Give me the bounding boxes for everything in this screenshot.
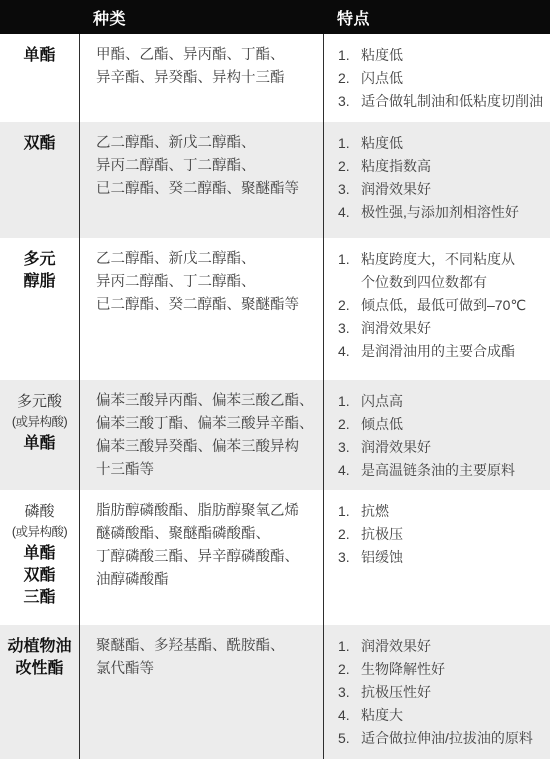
table-row: 双酯 乙二醇酯、新戊二醇酯、 异丙二醇酯、丁二醇酯、 已二醇酯、癸二醇酯、聚醚酯… — [0, 122, 550, 238]
table-row: 多元 醇脂 乙二醇酯、新戊二醇酯、 异丙二醇酯、丁二醇酯、 已二醇酯、癸二醇酯、… — [0, 238, 550, 380]
feature-text: 适合做轧制油和低粘度切削油 — [361, 90, 546, 113]
feature-item: 1.粘度低 — [338, 44, 546, 67]
types-cell: 乙二醇酯、新戊二醇酯、 异丙二醇酯、丁二醇酯、 已二醇酯、癸二醇酯、聚醚酯等 — [79, 238, 323, 380]
feature-number: 1. — [338, 44, 361, 67]
row-label-main: 多元 醇脂 — [0, 249, 79, 293]
feature-number: 4. — [338, 340, 361, 363]
features-cell: 1.抗燃 2.抗极压 3.铝缓蚀 — [323, 490, 550, 625]
row-label: 单酯 — [0, 34, 79, 122]
feature-number: 1. — [338, 635, 361, 658]
feature-number: 4. — [338, 704, 361, 727]
feature-number: 2. — [338, 413, 361, 436]
feature-number: 2. — [338, 155, 361, 178]
feature-text: 润滑效果好 — [361, 635, 546, 658]
column-header-feature: 特点 — [323, 6, 550, 29]
feature-item: 3.铝缓蚀 — [338, 546, 546, 569]
row-label-main: 单酯 双酯 三酯 — [0, 543, 79, 609]
feature-item: 4.是高温链条油的主要原料 — [338, 459, 546, 482]
row-label: 磷酸 (或异构酸) 单酯 双酯 三酯 — [0, 490, 79, 625]
feature-item: 3.润滑效果好 — [338, 436, 546, 459]
row-label-prefix: 多元酸 — [0, 391, 79, 412]
row-label-main: 单酯 — [0, 433, 79, 455]
feature-item: 5.适合做拉伸油/拉拔油的原料 — [338, 727, 546, 750]
table-row: 磷酸 (或异构酸) 单酯 双酯 三酯 脂肪醇磷酸酯、脂肪醇聚氧乙烯 醚磷酸酯、聚… — [0, 490, 550, 625]
features-cell: 1.闪点高 2.倾点低 3.润滑效果好 4.是高温链条油的主要原料 — [323, 380, 550, 490]
feature-number: 4. — [338, 459, 361, 482]
row-label-main: 双酯 — [0, 133, 79, 155]
types-cell: 聚醚酯、多羟基酯、酰胺酯、 氯代酯等 — [79, 625, 323, 759]
column-header-type: 种类 — [79, 6, 323, 29]
row-label: 多元 醇脂 — [0, 238, 79, 380]
row-label: 双酯 — [0, 122, 79, 238]
feature-item: 3.润滑效果好 — [338, 317, 546, 340]
table-row: 动植物油 改性酯 聚醚酯、多羟基酯、酰胺酯、 氯代酯等 1.润滑效果好 2.生物… — [0, 625, 550, 759]
types-cell: 脂肪醇磷酸酯、脂肪醇聚氧乙烯 醚磷酸酯、聚醚酯磷酸酯、 丁醇磷酸三酯、异辛醇磷酸… — [79, 490, 323, 625]
features-cell: 1.粘度跨度大，不同粘度从 个位数到四位数都有 2.倾点低，最低可做到–70℃ … — [323, 238, 550, 380]
feature-number: 5. — [338, 727, 361, 750]
row-label-paren: (或异构酸) — [0, 412, 79, 433]
row-label-prefix: 磷酸 — [0, 501, 79, 522]
features-cell: 1.粘度低 2.粘度指数高 3.润滑效果好 4.极性强,与添加剂相溶性好 — [323, 122, 550, 238]
feature-text: 润滑效果好 — [361, 436, 546, 459]
feature-text: 铝缓蚀 — [361, 546, 546, 569]
feature-number: 2. — [338, 523, 361, 546]
ester-types-table-page: 种类 特点 单酯 甲酯、乙酯、异丙酯、丁酯、 异辛酯、异癸酯、异构十三酯 1.粘… — [0, 0, 550, 759]
feature-text: 粘度低 — [361, 44, 546, 67]
feature-number: 1. — [338, 500, 361, 523]
feature-number: 3. — [338, 546, 361, 569]
feature-number: 2. — [338, 67, 361, 90]
feature-item: 2.生物降解性好 — [338, 658, 546, 681]
feature-item: 1.润滑效果好 — [338, 635, 546, 658]
feature-text: 粘度指数高 — [361, 155, 546, 178]
feature-text: 粘度大 — [361, 704, 546, 727]
feature-text: 润滑效果好 — [361, 178, 546, 201]
table-header-row: 种类 特点 — [0, 0, 550, 34]
feature-number: 2. — [338, 294, 361, 317]
feature-number: 1. — [338, 390, 361, 413]
feature-number: 2. — [338, 658, 361, 681]
feature-text: 粘度跨度大，不同粘度从 个位数到四位数都有 — [361, 248, 546, 294]
feature-number: 4. — [338, 201, 361, 224]
feature-number: 3. — [338, 317, 361, 340]
feature-text: 闪点低 — [361, 67, 546, 90]
feature-text: 润滑效果好 — [361, 317, 546, 340]
feature-text: 闪点高 — [361, 390, 546, 413]
features-cell: 1.润滑效果好 2.生物降解性好 3.抗极压性好 4.粘度大 5.适合做拉伸油/… — [323, 625, 550, 759]
row-label: 多元酸 (或异构酸) 单酯 — [0, 380, 79, 490]
feature-item: 2.倾点低 — [338, 413, 546, 436]
feature-number: 3. — [338, 681, 361, 704]
feature-number: 3. — [338, 178, 361, 201]
feature-number: 3. — [338, 436, 361, 459]
feature-item: 4.极性强,与添加剂相溶性好 — [338, 201, 546, 224]
feature-item: 2.抗极压 — [338, 523, 546, 546]
feature-text: 是润滑油用的主要合成酯 — [361, 340, 546, 363]
feature-item: 4.是润滑油用的主要合成酯 — [338, 340, 546, 363]
feature-text: 倾点低，最低可做到–70℃ — [361, 294, 546, 317]
features-cell: 1.粘度低 2.闪点低 3.适合做轧制油和低粘度切削油 — [323, 34, 550, 122]
feature-number: 3. — [338, 90, 361, 113]
feature-item: 2.闪点低 — [338, 67, 546, 90]
feature-text: 生物降解性好 — [361, 658, 546, 681]
ester-table: 种类 特点 单酯 甲酯、乙酯、异丙酯、丁酯、 异辛酯、异癸酯、异构十三酯 1.粘… — [0, 0, 550, 759]
feature-item: 3.润滑效果好 — [338, 178, 546, 201]
feature-item: 2.倾点低，最低可做到–70℃ — [338, 294, 546, 317]
types-cell: 偏苯三酸异丙酯、偏苯三酸乙酯、 偏苯三酸丁酯、偏苯三酸异辛酯、 偏苯三酸异癸酯、… — [79, 380, 323, 490]
table-row: 单酯 甲酯、乙酯、异丙酯、丁酯、 异辛酯、异癸酯、异构十三酯 1.粘度低 2.闪… — [0, 34, 550, 122]
feature-text: 抗极压性好 — [361, 681, 546, 704]
feature-text: 抗极压 — [361, 523, 546, 546]
feature-item: 2.粘度指数高 — [338, 155, 546, 178]
row-label-main: 单酯 — [0, 45, 79, 67]
types-cell: 乙二醇酯、新戊二醇酯、 异丙二醇酯、丁二醇酯、 已二醇酯、癸二醇酯、聚醚酯等 — [79, 122, 323, 238]
row-label-paren: (或异构酸) — [0, 522, 79, 543]
feature-item: 3.抗极压性好 — [338, 681, 546, 704]
feature-item: 4.粘度大 — [338, 704, 546, 727]
feature-item: 1.粘度跨度大，不同粘度从 个位数到四位数都有 — [338, 248, 546, 294]
feature-item: 1.抗燃 — [338, 500, 546, 523]
feature-number: 1. — [338, 132, 361, 155]
feature-text: 是高温链条油的主要原料 — [361, 459, 546, 482]
feature-text: 倾点低 — [361, 413, 546, 436]
feature-text: 抗燃 — [361, 500, 546, 523]
row-label-main: 动植物油 改性酯 — [0, 636, 79, 680]
feature-number: 1. — [338, 248, 361, 294]
row-label: 动植物油 改性酯 — [0, 625, 79, 759]
feature-item: 3.适合做轧制油和低粘度切削油 — [338, 90, 546, 113]
feature-item: 1.粘度低 — [338, 132, 546, 155]
types-cell: 甲酯、乙酯、异丙酯、丁酯、 异辛酯、异癸酯、异构十三酯 — [79, 34, 323, 122]
feature-text: 粘度低 — [361, 132, 546, 155]
feature-text: 适合做拉伸油/拉拔油的原料 — [361, 727, 546, 750]
feature-item: 1.闪点高 — [338, 390, 546, 413]
table-row: 多元酸 (或异构酸) 单酯 偏苯三酸异丙酯、偏苯三酸乙酯、 偏苯三酸丁酯、偏苯三… — [0, 380, 550, 490]
feature-text: 极性强,与添加剂相溶性好 — [361, 201, 546, 224]
